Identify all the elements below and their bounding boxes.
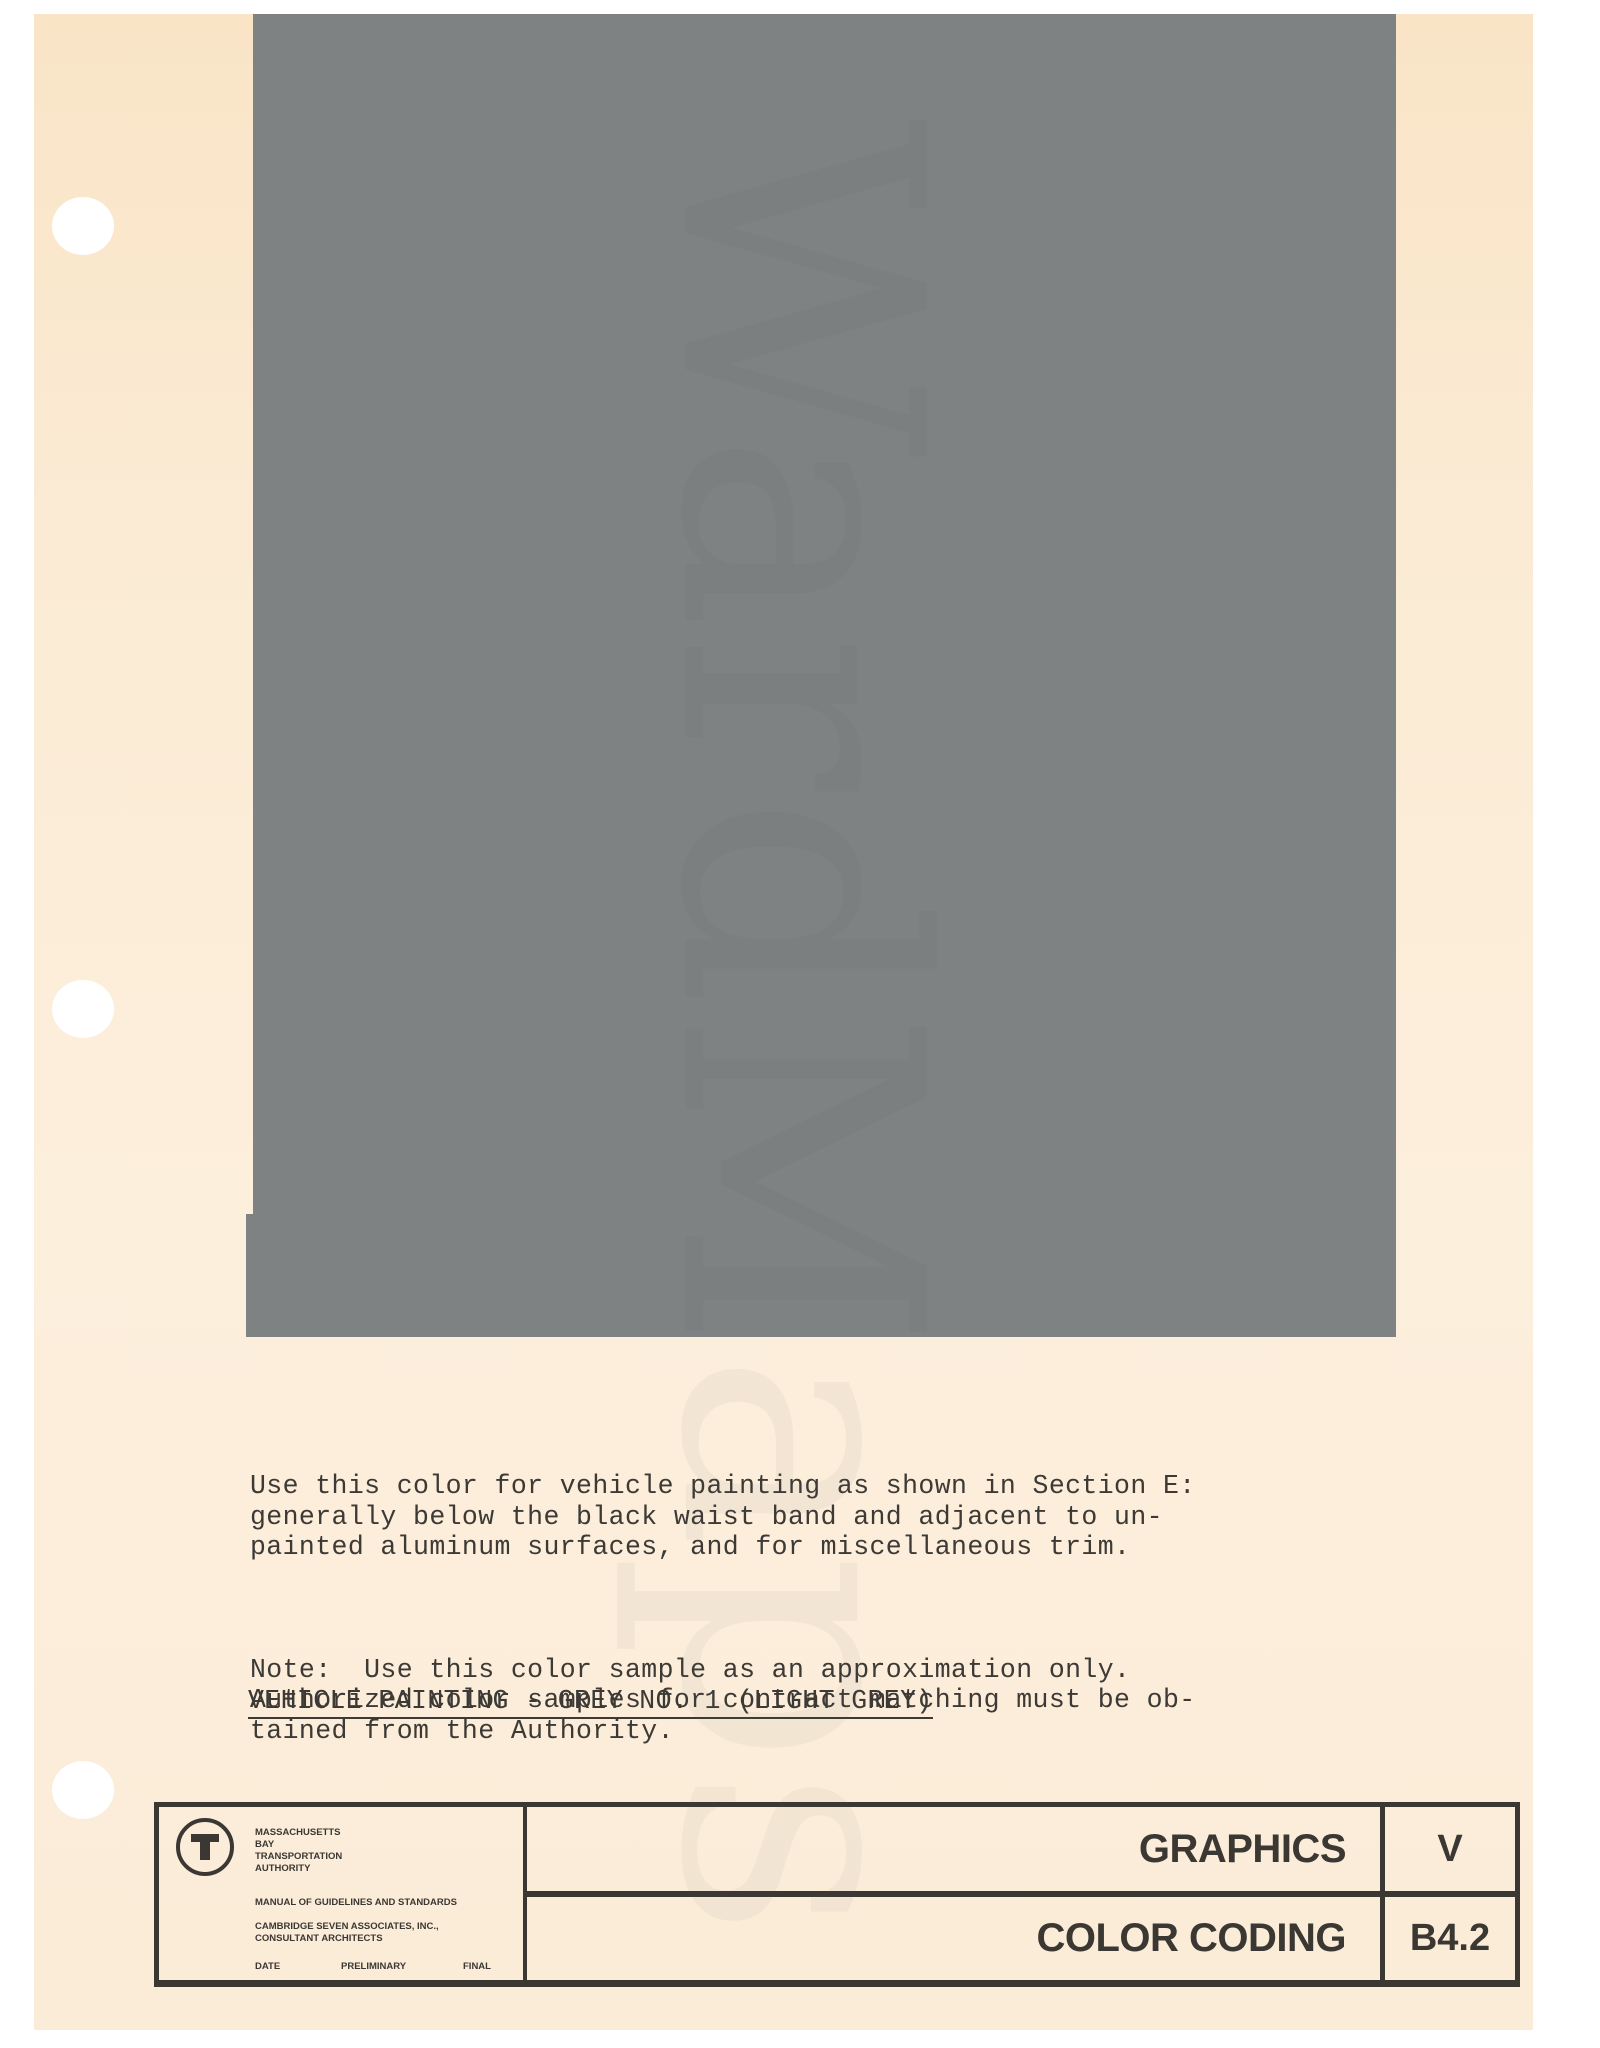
logo-t-stem xyxy=(200,1834,210,1860)
date-label: DATE xyxy=(255,1961,341,1973)
description-text: Use this color for vehicle painting as s… xyxy=(250,1410,1400,1808)
title-block-org-cell: MASSACHUSETTS BAY TRANSPORTATION AUTHORI… xyxy=(159,1807,527,1980)
title-block: MASSACHUSETTS BAY TRANSPORTATION AUTHORI… xyxy=(154,1802,1520,1987)
punch-hole xyxy=(52,197,114,255)
status-row: DATE PRELIMINARY FINAL xyxy=(255,1961,491,1973)
punch-hole xyxy=(52,980,114,1038)
usage-paragraph: Use this color for vehicle painting as s… xyxy=(250,1471,1400,1563)
firm-line: CAMBRIDGE SEVEN ASSOCIATES, INC., xyxy=(255,1921,439,1933)
final-label: FINAL xyxy=(463,1961,491,1973)
org-line: TRANSPORTATION xyxy=(255,1851,342,1863)
firm-line: CONSULTANT ARCHITECTS xyxy=(255,1933,439,1945)
text-line: Use this color for vehicle painting as s… xyxy=(250,1471,1400,1502)
manual-title: MANUAL OF GUIDELINES AND STANDARDS xyxy=(255,1897,457,1909)
org-line: AUTHORITY xyxy=(255,1863,342,1875)
consultant-firm: CAMBRIDGE SEVEN ASSOCIATES, INC., CONSUL… xyxy=(255,1921,439,1945)
mbta-t-logo-icon xyxy=(176,1818,234,1876)
org-line: MASSACHUSETTS xyxy=(255,1827,342,1839)
punch-hole xyxy=(52,1761,114,1819)
org-name: MASSACHUSETTS BAY TRANSPORTATION AUTHORI… xyxy=(255,1827,342,1875)
text-line: generally below the black waist band and… xyxy=(250,1502,1400,1533)
subsection-title: COLOR CODING xyxy=(527,1897,1385,1980)
section-title: GRAPHICS xyxy=(527,1807,1385,1897)
color-sample-title: VEHICLE PAINTING - GREY NO. 1 (LIGHT GRE… xyxy=(248,1686,933,1719)
text-line: Note: Use this color sample as an approx… xyxy=(250,1655,1400,1686)
preliminary-label: PRELIMINARY xyxy=(341,1961,463,1973)
section-code: V xyxy=(1385,1807,1515,1897)
subsection-code: B4.2 xyxy=(1385,1897,1515,1980)
text-line: tained from the Authority. xyxy=(250,1716,1400,1747)
text-line: painted aluminum surfaces, and for misce… xyxy=(250,1532,1400,1563)
org-line: BAY xyxy=(255,1839,342,1851)
color-swatch xyxy=(253,14,1396,1337)
